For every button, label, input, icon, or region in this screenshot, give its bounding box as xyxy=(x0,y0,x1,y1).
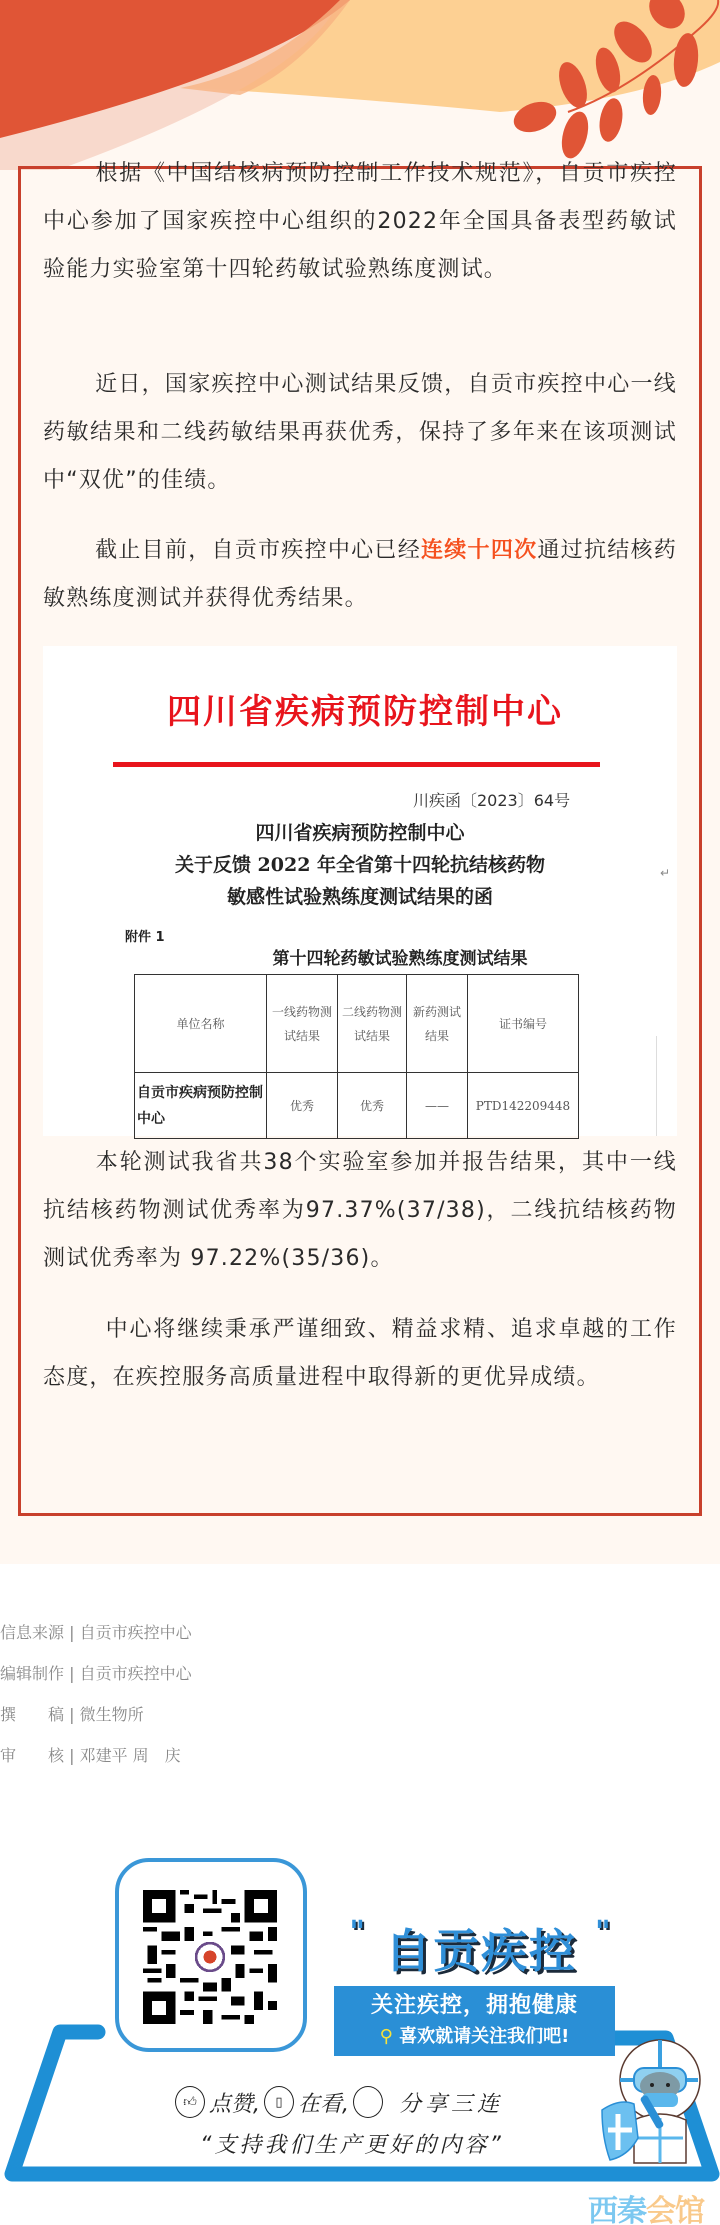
table-header: 单位名称 xyxy=(135,975,267,1073)
qr-code-frame xyxy=(115,1858,307,2052)
credit-reviewer: 审 核 | 邓建平 周 庆 xyxy=(0,1735,192,1776)
table-cell: 优秀 xyxy=(267,1073,338,1139)
qr-code-icon[interactable] xyxy=(143,1890,277,2024)
table-cell: 自贡市疾病预防控制中心 xyxy=(135,1073,267,1139)
document-org-name: 四川省疾病预防控制中心 xyxy=(155,684,575,733)
credit-source: 信息来源 | 自贡市疾控中心 xyxy=(0,1612,192,1653)
engagement-row: 👍︎ 点赞, ▯ 在看, 分享三连 xyxy=(175,2086,503,2118)
highlight-text: 连续十四次 xyxy=(421,538,537,563)
document-title-line-3: 敏感性试验熟练度测试结果的函 xyxy=(43,882,677,909)
document-image: 四川省疾病预防控制中心 川疾函〔2023〕64号 四川省疾病预防控制中心 关于反… xyxy=(43,646,677,1136)
watermark: 西秦会馆 xyxy=(588,2186,704,2225)
share-label: 分享三连 xyxy=(399,2087,503,2118)
doctor-mascot-icon xyxy=(598,2038,703,2176)
document-number: 川疾函〔2023〕64号 xyxy=(413,788,570,811)
credit-editor: 编辑制作 | 自贡市疾控中心 xyxy=(0,1653,192,1694)
header-decoration xyxy=(0,0,720,170)
like-label: 点赞, xyxy=(209,2087,260,2118)
brand-title: " 自贡疾控 " xyxy=(336,1915,626,1981)
paragraph-3: 截止目前，自贡市疾控中心已经连续十四次通过抗结核药敏熟练度测试并获得优秀结果。 xyxy=(43,527,677,623)
document-title-line-2: 关于反馈 2022 年全省第十四轮抗结核药物 xyxy=(43,850,677,877)
divider xyxy=(656,1036,657,1136)
like-icon[interactable]: 👍︎ xyxy=(175,2086,205,2118)
banner-line-1: 关注疾控，拥抱健康 xyxy=(334,1986,615,2024)
document-red-rule xyxy=(113,762,600,767)
paragraph-1: 根据《中国结核病预防控制工作技术规范》，自贡市疾控中心参加了国家疾控中心组织的2… xyxy=(43,150,677,294)
table-header: 二线药物测试结果 xyxy=(338,975,407,1073)
share-icon[interactable] xyxy=(353,2086,383,2118)
document-title-line-1: 四川省疾病预防控制中心 xyxy=(43,818,677,845)
table-header-row: 单位名称 一线药物测试结果 二线药物测试结果 新药测试结果 证书编号 xyxy=(135,975,579,1073)
credits: 信息来源 | 自贡市疾控中心 编辑制作 | 自贡市疾控中心 撰 稿 | 微生物所… xyxy=(0,1612,192,1776)
table-cell: 优秀 xyxy=(338,1073,407,1139)
credit-author: 撰 稿 | 微生物所 xyxy=(0,1694,192,1735)
paragraph-2: 近日，国家疾控中心测试结果反馈，自贡市疾控中心一线药敏结果和二线药敏结果再获优秀… xyxy=(43,361,677,505)
phone-icon[interactable]: ▯ xyxy=(264,2086,294,2118)
table-row: 自贡市疾病预防控制中心 优秀 优秀 —— PTD142209448 xyxy=(135,1073,579,1139)
watch-label: 在看, xyxy=(298,2087,349,2118)
table-title: 第十四轮药敏试验熟练度测试结果 xyxy=(43,944,677,969)
table-cell: PTD142209448 xyxy=(468,1073,579,1139)
table-header: 新药测试结果 xyxy=(407,975,468,1073)
paragraph-4: 本轮测试我省共38个实验室参加并报告结果，其中一线抗结核药物测试优秀率为97.3… xyxy=(43,1139,677,1283)
paragraph-5: 中心将继续秉承严谨细致、精益求精、追求卓越的工作态度，在疾控服务高质量进程中取得… xyxy=(43,1306,677,1402)
location-pin-icon: ⚲ xyxy=(380,2026,393,2047)
table-header: 一线药物测试结果 xyxy=(267,975,338,1073)
results-table: 单位名称 一线药物测试结果 二线药物测试结果 新药测试结果 证书编号 自贡市疾病… xyxy=(134,974,579,1139)
slogan: “支持我们生产更好的内容” xyxy=(200,2128,504,2159)
table-cell: —— xyxy=(407,1073,468,1139)
table-header: 证书编号 xyxy=(468,975,579,1073)
return-mark-icon: ↵ xyxy=(660,866,670,880)
attachment-label: 附件 1 xyxy=(125,926,165,945)
follow-banner: 关注疾控，拥抱健康 ⚲ 喜欢就请关注我们吧! xyxy=(334,1986,615,2056)
banner-line-2: ⚲ 喜欢就请关注我们吧! xyxy=(334,2024,615,2050)
